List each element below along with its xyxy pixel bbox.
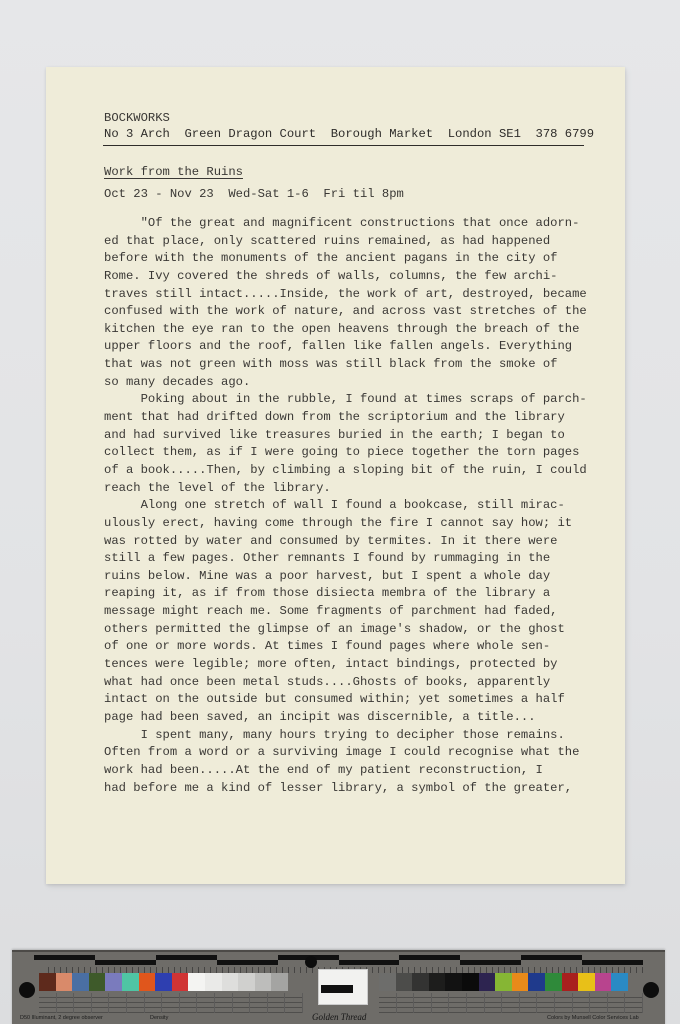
- color-patch: [188, 973, 205, 991]
- strip-hole-center: [305, 956, 317, 968]
- body-line: work had been.....At the end of my patie…: [104, 762, 604, 780]
- body-line: what had once been metal studs....Ghosts…: [104, 674, 604, 692]
- color-calibration-strip: D50 Illuminant, 2 degree observer Densit…: [12, 950, 665, 1024]
- value-cell: [449, 993, 467, 1013]
- color-patch: [222, 973, 239, 991]
- body-line: of a book.....Then, by climbing a slopin…: [104, 462, 604, 480]
- color-patch: [562, 973, 579, 991]
- color-patch: [396, 973, 413, 991]
- color-patch: [462, 973, 479, 991]
- color-patch: [271, 973, 288, 991]
- density-label: Density: [150, 1015, 168, 1021]
- color-patch: [611, 973, 628, 991]
- body-line: had before me a kind of lesser library, …: [104, 780, 604, 798]
- exhibition-dates: Oct 23 - Nov 23 Wed-Sat 1-6 Fri til 8pm: [104, 187, 404, 201]
- body-line: that was not green with moss was still b…: [104, 356, 604, 374]
- color-patch: [172, 973, 189, 991]
- body-line: of one or more words. At times I found p…: [104, 638, 604, 656]
- document-page: BOCKWORKS No 3 Arch Green Dragon Court B…: [46, 67, 625, 884]
- strip-hole-left: [19, 982, 35, 998]
- color-patch: [595, 973, 612, 991]
- body-line: intact on the outside but consumed withi…: [104, 691, 604, 709]
- ruler-scale: [34, 955, 643, 967]
- color-patch: [578, 973, 595, 991]
- color-patch: [512, 973, 529, 991]
- value-cell: [74, 993, 92, 1013]
- body-line: collect them, as if I were going to piec…: [104, 444, 604, 462]
- body-line: message might reach me. Some fragments o…: [104, 603, 604, 621]
- value-cell: [109, 993, 127, 1013]
- color-patch: [89, 973, 106, 991]
- body-line: ed that place, only scattered ruins rema…: [104, 233, 604, 251]
- value-cell: [414, 993, 432, 1013]
- body-line: so many decades ago.: [104, 374, 604, 392]
- color-patch: [122, 973, 139, 991]
- value-cell: [162, 993, 180, 1013]
- color-patch: [56, 973, 73, 991]
- color-patch: [495, 973, 512, 991]
- letterhead-rule: [103, 145, 584, 146]
- body-line: reaping it, as if from those disiecta me…: [104, 585, 604, 603]
- body-line: Rome. Ivy covered the shreds of walls, c…: [104, 268, 604, 286]
- body-line: upper floors and the roof, fallen like f…: [104, 338, 604, 356]
- color-patch: [105, 973, 122, 991]
- color-patch: [445, 973, 462, 991]
- value-cell: [145, 993, 163, 1013]
- body-line: Along one stretch of wall I found a book…: [104, 497, 604, 515]
- focus-target: [318, 969, 368, 1005]
- body-line: "Of the great and magnificent constructi…: [104, 215, 604, 233]
- body-line: reach the level of the library.: [104, 480, 604, 498]
- body-line: and had survived like treasures buried i…: [104, 427, 604, 445]
- value-cell: [180, 993, 198, 1013]
- value-cell: [467, 993, 485, 1013]
- body-line: Often from a word or a surviving image I…: [104, 744, 604, 762]
- color-patch: [479, 973, 496, 991]
- value-cell: [215, 993, 233, 1013]
- value-cell: [397, 993, 415, 1013]
- value-cell: [379, 993, 397, 1013]
- value-cell: [573, 993, 591, 1013]
- body-line: page had been saved, an incipit was disc…: [104, 709, 604, 727]
- color-patch: [412, 973, 429, 991]
- body-line: was rotted by water and consumed by term…: [104, 533, 604, 551]
- value-cell: [233, 993, 251, 1013]
- color-patch: [155, 973, 172, 991]
- brand-label: Golden Thread: [312, 1012, 366, 1022]
- color-patches-left: [39, 973, 288, 991]
- body-line: kitchen the eye ran to the open heavens …: [104, 321, 604, 339]
- body-line: ruins below. Mine was a poor harvest, bu…: [104, 568, 604, 586]
- body-line: before with the monuments of the ancient…: [104, 250, 604, 268]
- color-patch: [545, 973, 562, 991]
- color-patch: [528, 973, 545, 991]
- value-cell: [520, 993, 538, 1013]
- value-cell: [502, 993, 520, 1013]
- value-cell: [625, 993, 643, 1013]
- munsell-caption: Colors by Munsell Color Services Lab: [547, 1015, 639, 1021]
- value-cell: [285, 993, 303, 1013]
- color-patch: [238, 973, 255, 991]
- body-line: Poking about in the rubble, I found at t…: [104, 391, 604, 409]
- value-cell: [268, 993, 286, 1013]
- color-patch: [72, 973, 89, 991]
- color-patch: [205, 973, 222, 991]
- value-cell: [197, 993, 215, 1013]
- value-cell: [39, 993, 57, 1013]
- body-line: tences were legible; more often, intact …: [104, 656, 604, 674]
- body-line: I spent many, many hours trying to decip…: [104, 727, 604, 745]
- value-table-right: [379, 993, 643, 1013]
- body-line: ment that had drifted down from the scri…: [104, 409, 604, 427]
- value-cell: [485, 993, 503, 1013]
- color-patch: [139, 973, 156, 991]
- letterhead-address: No 3 Arch Green Dragon Court Borough Mar…: [104, 127, 594, 141]
- body-text: "Of the great and magnificent constructi…: [104, 215, 604, 797]
- value-cell: [92, 993, 110, 1013]
- value-cell: [57, 993, 75, 1013]
- value-cell: [127, 993, 145, 1013]
- value-cell: [432, 993, 450, 1013]
- color-patch: [255, 973, 272, 991]
- value-cell: [608, 993, 626, 1013]
- body-line: traves still intact.....Inside, the work…: [104, 286, 604, 304]
- strip-hole-right: [643, 982, 659, 998]
- color-patch: [379, 973, 396, 991]
- value-cell: [537, 993, 555, 1013]
- exhibition-title: Work from the Ruins: [104, 165, 243, 179]
- body-line: still a few pages. Other remnants I foun…: [104, 550, 604, 568]
- value-table-left: [39, 993, 303, 1013]
- value-cell: [555, 993, 573, 1013]
- color-patch: [429, 973, 446, 991]
- letterhead-name: BOCKWORKS: [104, 111, 170, 125]
- illuminant-caption: D50 Illuminant, 2 degree observer: [20, 1015, 103, 1021]
- color-patch: [39, 973, 56, 991]
- value-cell: [590, 993, 608, 1013]
- body-line: confused with the work of nature, and ac…: [104, 303, 604, 321]
- color-patches-right: [379, 973, 628, 991]
- body-line: ulously erect, having come through the f…: [104, 515, 604, 533]
- value-cell: [250, 993, 268, 1013]
- body-line: others permitted the glimpse of an image…: [104, 621, 604, 639]
